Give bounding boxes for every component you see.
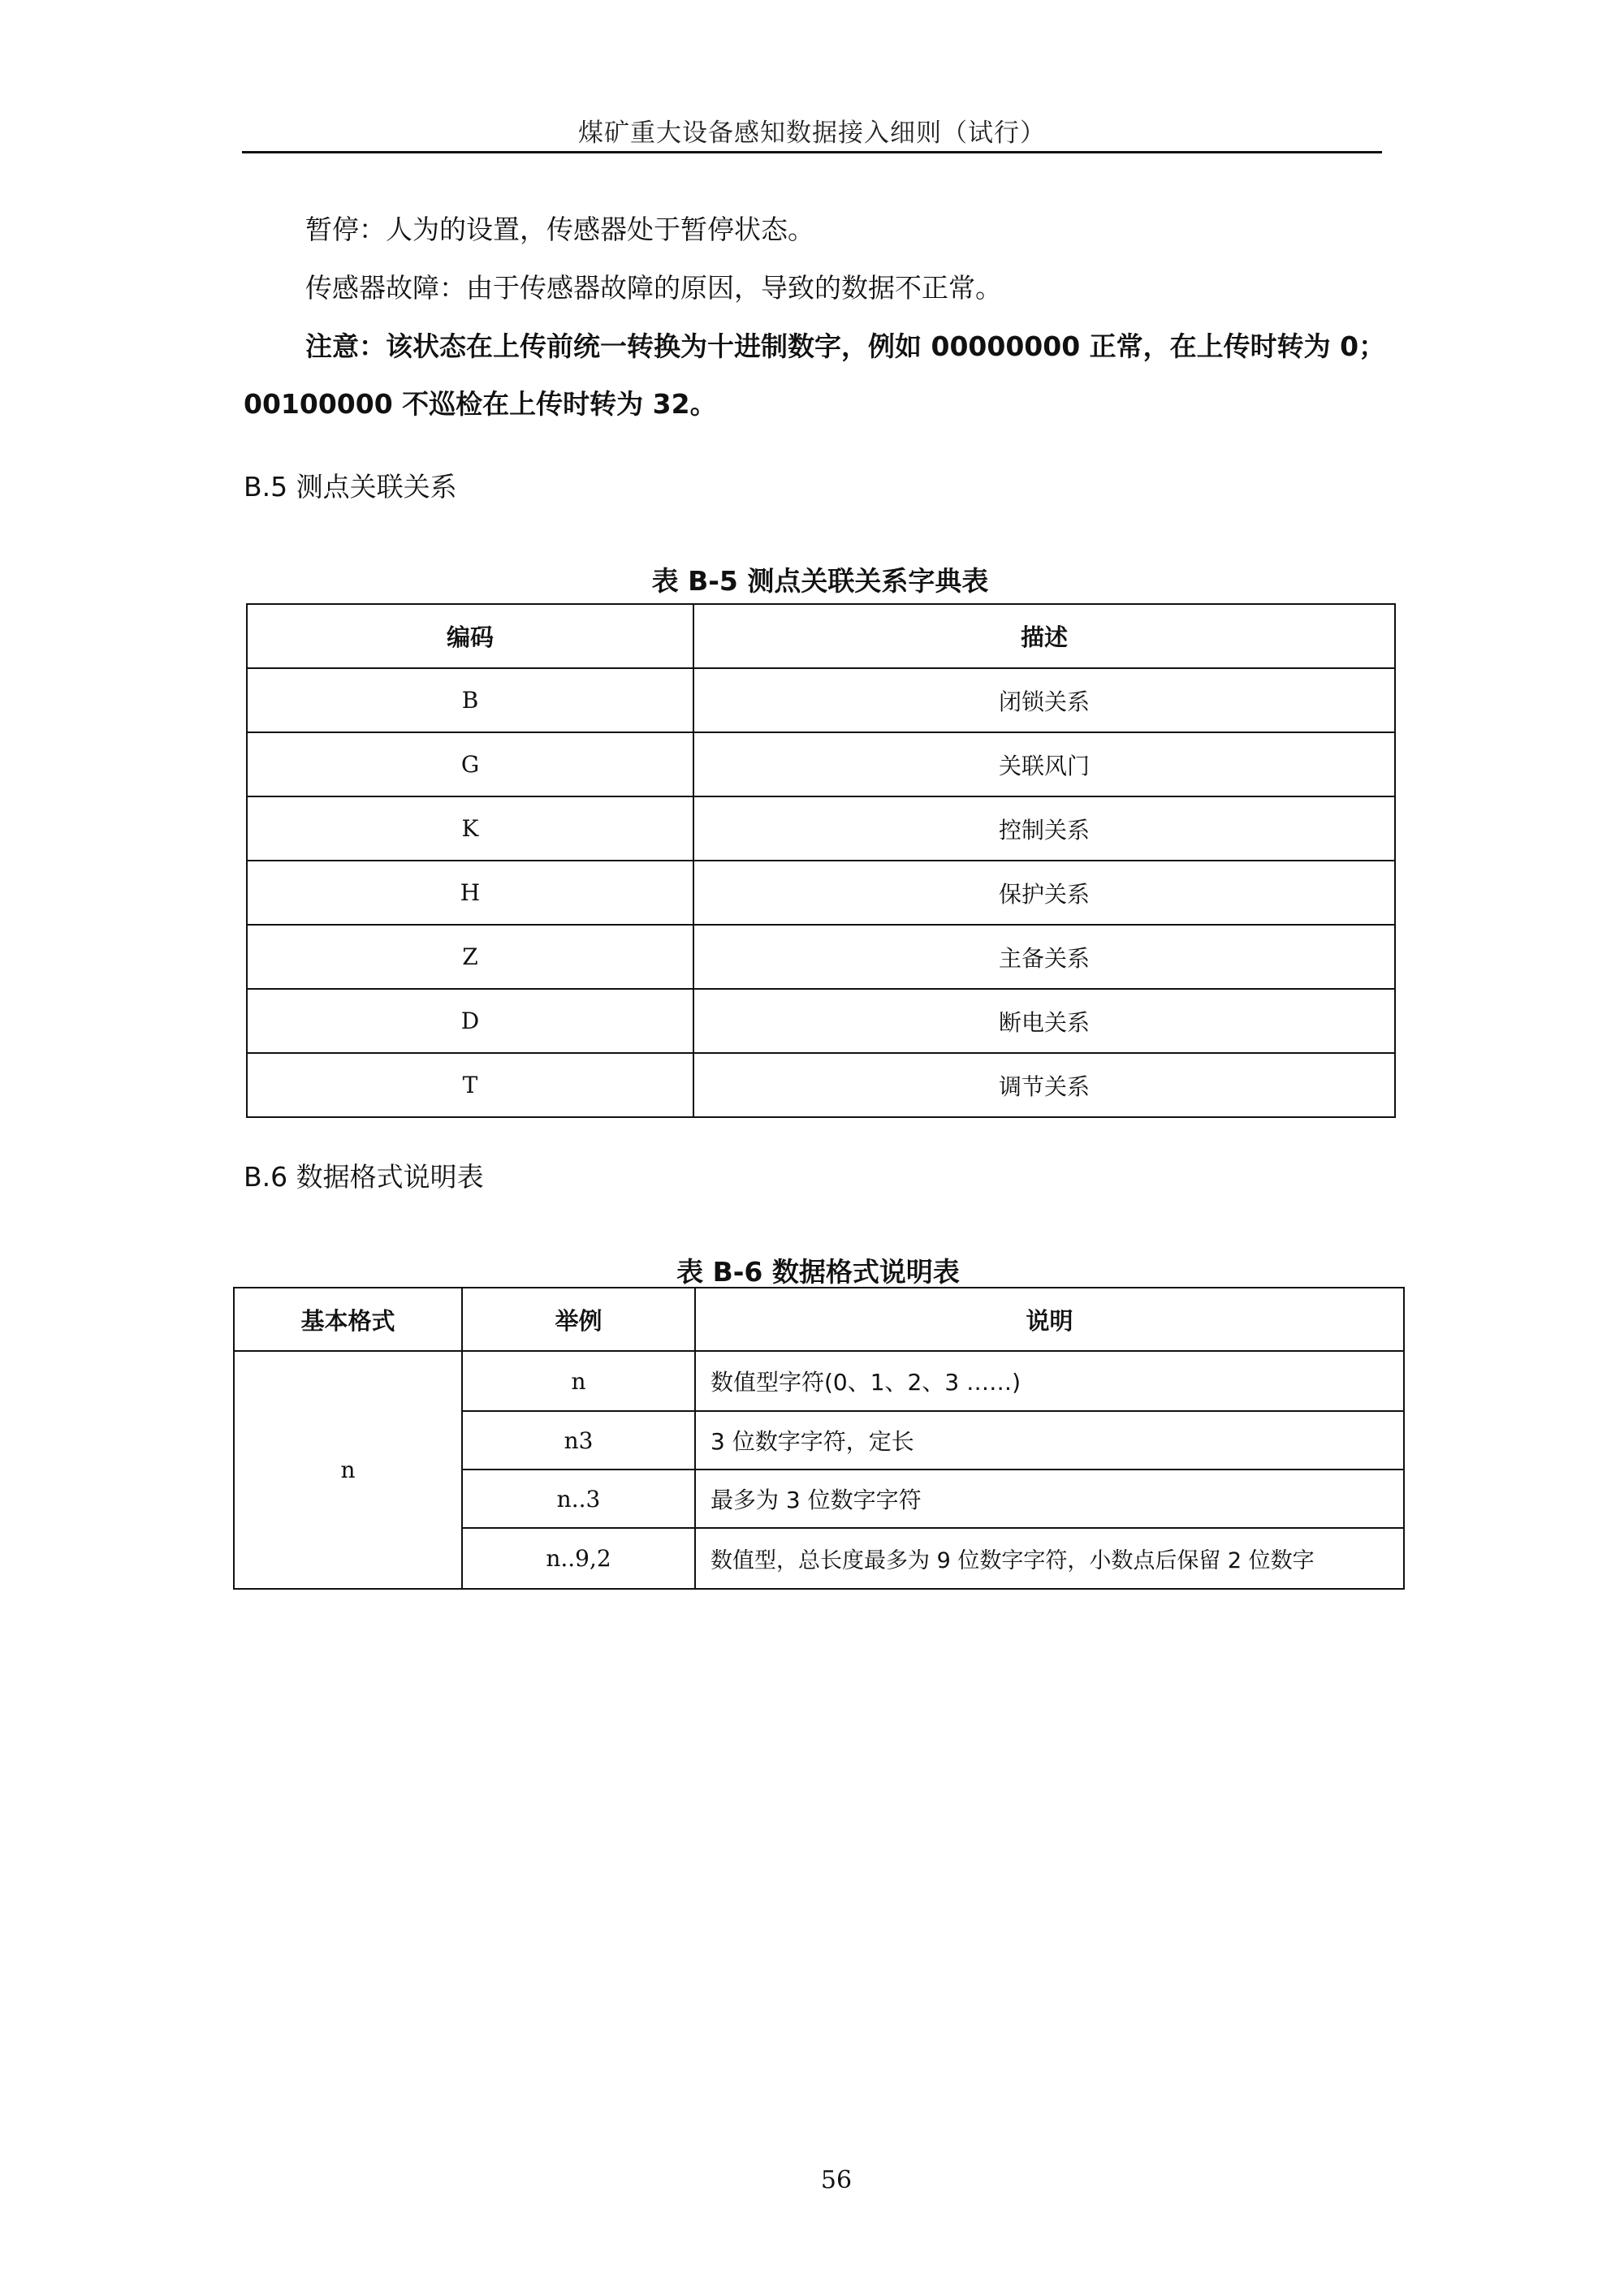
paragraph-note-line1: 注意：该状态在上传前统一转换为十进制数字，例如 00000000 正常，在上传时…: [305, 330, 1385, 363]
table-row: n n 数值型字符(0、1、2、3 ……): [234, 1351, 1404, 1411]
cell-example: n..3: [462, 1470, 695, 1528]
cell-description: 闭锁关系: [693, 668, 1395, 732]
cell-explanation: 最多为 3 位数字字符: [695, 1470, 1404, 1528]
cell-description: 断电关系: [693, 989, 1395, 1053]
section-heading-b5: B.5 测点关联关系: [244, 471, 457, 503]
cell-code: G: [247, 732, 693, 796]
table-row: G 关联风门: [247, 732, 1395, 796]
cell-basic-format: n: [234, 1351, 462, 1589]
table-row: K 控制关系: [247, 796, 1395, 861]
cell-example: n..9,2: [462, 1528, 695, 1589]
cell-code: K: [247, 796, 693, 861]
cell-code: B: [247, 668, 693, 732]
table-header-row: 编码 描述: [247, 604, 1395, 668]
column-header-code: 编码: [247, 604, 693, 668]
table-row: H 保护关系: [247, 861, 1395, 925]
paragraph-note-line2: 00100000 不巡检在上传时转为 32。: [244, 388, 717, 421]
cell-code: Z: [247, 925, 693, 989]
cell-example: n3: [462, 1411, 695, 1470]
cell-description: 主备关系: [693, 925, 1395, 989]
page-number: 56: [731, 2166, 942, 2195]
table-b5-relation-dictionary: 编码 描述 B 闭锁关系 G 关联风门 K 控制关系 H 保护关系 Z 主备关系…: [246, 603, 1396, 1118]
column-header-basic-format: 基本格式: [234, 1288, 462, 1351]
table-row: Z 主备关系: [247, 925, 1395, 989]
cell-explanation: 3 位数字字符，定长: [695, 1411, 1404, 1470]
column-header-example: 举例: [462, 1288, 695, 1351]
paragraph-pause: 暂停：人为的设置，传感器处于暂停状态。: [305, 214, 814, 246]
running-header-title: 煤矿重大设备感知数据接入细则（试行）: [242, 112, 1382, 149]
cell-code: H: [247, 861, 693, 925]
section-heading-b6: B.6 数据格式说明表: [244, 1161, 484, 1193]
paragraph-sensor-fault: 传感器故障：由于传感器故障的原因，导致的数据不正常。: [305, 272, 1002, 304]
cell-description: 调节关系: [693, 1053, 1395, 1117]
header-rule: [242, 151, 1382, 153]
cell-code: D: [247, 989, 693, 1053]
column-header-explanation: 说明: [695, 1288, 1404, 1351]
table-row: T 调节关系: [247, 1053, 1395, 1117]
cell-description: 关联风门: [693, 732, 1395, 796]
cell-explanation: 数值型，总长度最多为 9 位数字字符，小数点后保留 2 位数字: [695, 1528, 1404, 1589]
table-row: B 闭锁关系: [247, 668, 1395, 732]
table-header-row: 基本格式 举例 说明: [234, 1288, 1404, 1351]
cell-example: n: [462, 1351, 695, 1411]
cell-description: 控制关系: [693, 796, 1395, 861]
table-caption-b5: 表 B-5 测点关联关系字典表: [246, 560, 1394, 598]
table-row: D 断电关系: [247, 989, 1395, 1053]
cell-code: T: [247, 1053, 693, 1117]
table-caption-b6: 表 B-6 数据格式说明表: [233, 1251, 1403, 1289]
table-b6-data-format: 基本格式 举例 说明 n n 数值型字符(0、1、2、3 ……) n3 3 位数…: [233, 1287, 1405, 1590]
cell-explanation: 数值型字符(0、1、2、3 ……): [695, 1351, 1404, 1411]
column-header-description: 描述: [693, 604, 1395, 668]
cell-description: 保护关系: [693, 861, 1395, 925]
